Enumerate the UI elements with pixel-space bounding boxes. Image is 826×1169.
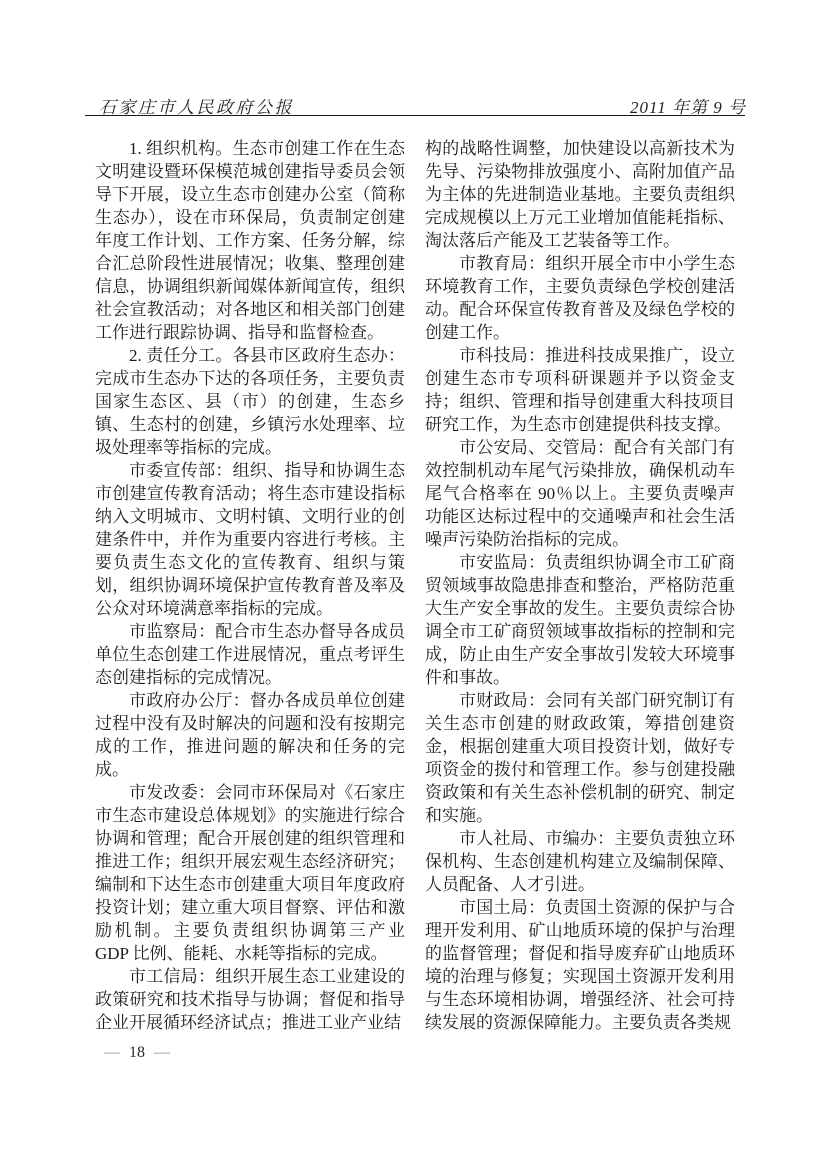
paragraph-propaganda-dept: 市委宣传部：组织、指导和协调生态市创建宣传教育活动；将生态市建设指标纳入文明城市… <box>95 459 405 620</box>
paragraph-development-reform: 市发改委：会同市环保局对《石家庄市生态市建设总体规划》的实施进行综合协调和管理；… <box>95 781 405 965</box>
paragraph-org-structure: 1. 组织机构。生态市创建工作在生态文明建设暨环保模范城创建指导委员会领导下开展… <box>95 137 405 344</box>
page-footer: —18— <box>95 1044 179 1062</box>
paragraph-responsibility-division: 2. 责任分工。各县市区政府生态办：完成市生态办下达的各项任务，主要负责国家生态… <box>95 344 405 459</box>
paragraph-land-resources-bureau: 市国土局：负责国土资源的保护与合理开发利用、矿山地质环境的保护与治理的监督管理；… <box>425 896 735 1034</box>
paragraph-gov-office: 市政府办公厅：督办各成员单位创建过程中没有及时解决的问题和没有按期完成的工作，推… <box>95 689 405 781</box>
paragraph-work-safety-bureau: 市安监局：负责组织协调全市工矿商贸领域事故隐患排查和整治，严格防范重大生产安全事… <box>425 551 735 689</box>
page-number: 18 <box>129 1044 145 1061</box>
document-page: 石家庄市人民政府公报 2011 年第 9 号 1. 组织机构。生态市创建工作在生… <box>0 0 826 1169</box>
page-number-right-dash: — <box>145 1044 179 1061</box>
paragraph-hr-staffing-office: 市人社局、市编办：主要负责独立环保机构、生态创建机构建立及编制保障、人员配备、人… <box>425 827 735 896</box>
paragraph-education-bureau: 市教育局：组织开展全市中小学生态环境教育工作，主要负责绿色学校创建活动。配合环保… <box>425 252 735 344</box>
body-columns: 1. 组织机构。生态市创建工作在生态文明建设暨环保模范城创建指导委员会领导下开展… <box>95 137 735 1039</box>
paragraph-finance-bureau: 市财政局：会同有关部门研究制订有关生态市创建的财政政策，筹措创建资金，根据创建重… <box>425 689 735 827</box>
header-rule <box>85 115 745 116</box>
paragraph-science-tech-bureau: 市科技局：推进科技成果推广，设立创建生态市专项科研课题并予以资金支持；组织、管理… <box>425 344 735 436</box>
right-column: 构的战略性调整，加快建设以高新技术为先导、污染物排放强度小、高附加值产品为主体的… <box>425 137 735 1039</box>
paragraph-public-security-traffic: 市公安局、交管局：配合有关部门有效控制机动车尾气污染排放，确保机动车尾气合格率在… <box>425 436 735 551</box>
paragraph-industry-info-continued: 构的战略性调整，加快建设以高新技术为先导、污染物排放强度小、高附加值产品为主体的… <box>425 137 735 252</box>
left-column: 1. 组织机构。生态市创建工作在生态文明建设暨环保模范城创建指导委员会领导下开展… <box>95 137 405 1039</box>
paragraph-supervision-bureau: 市监察局：配合市生态办督导各成员单位生态创建工作进展情况，重点考评生态创建指标的… <box>95 620 405 689</box>
paragraph-industry-info-bureau: 市工信局：组织开展生态工业建设的政策研究和技术指导与协调；督促和指导企业开展循环… <box>95 965 405 1034</box>
page-number-left-dash: — <box>95 1044 129 1061</box>
